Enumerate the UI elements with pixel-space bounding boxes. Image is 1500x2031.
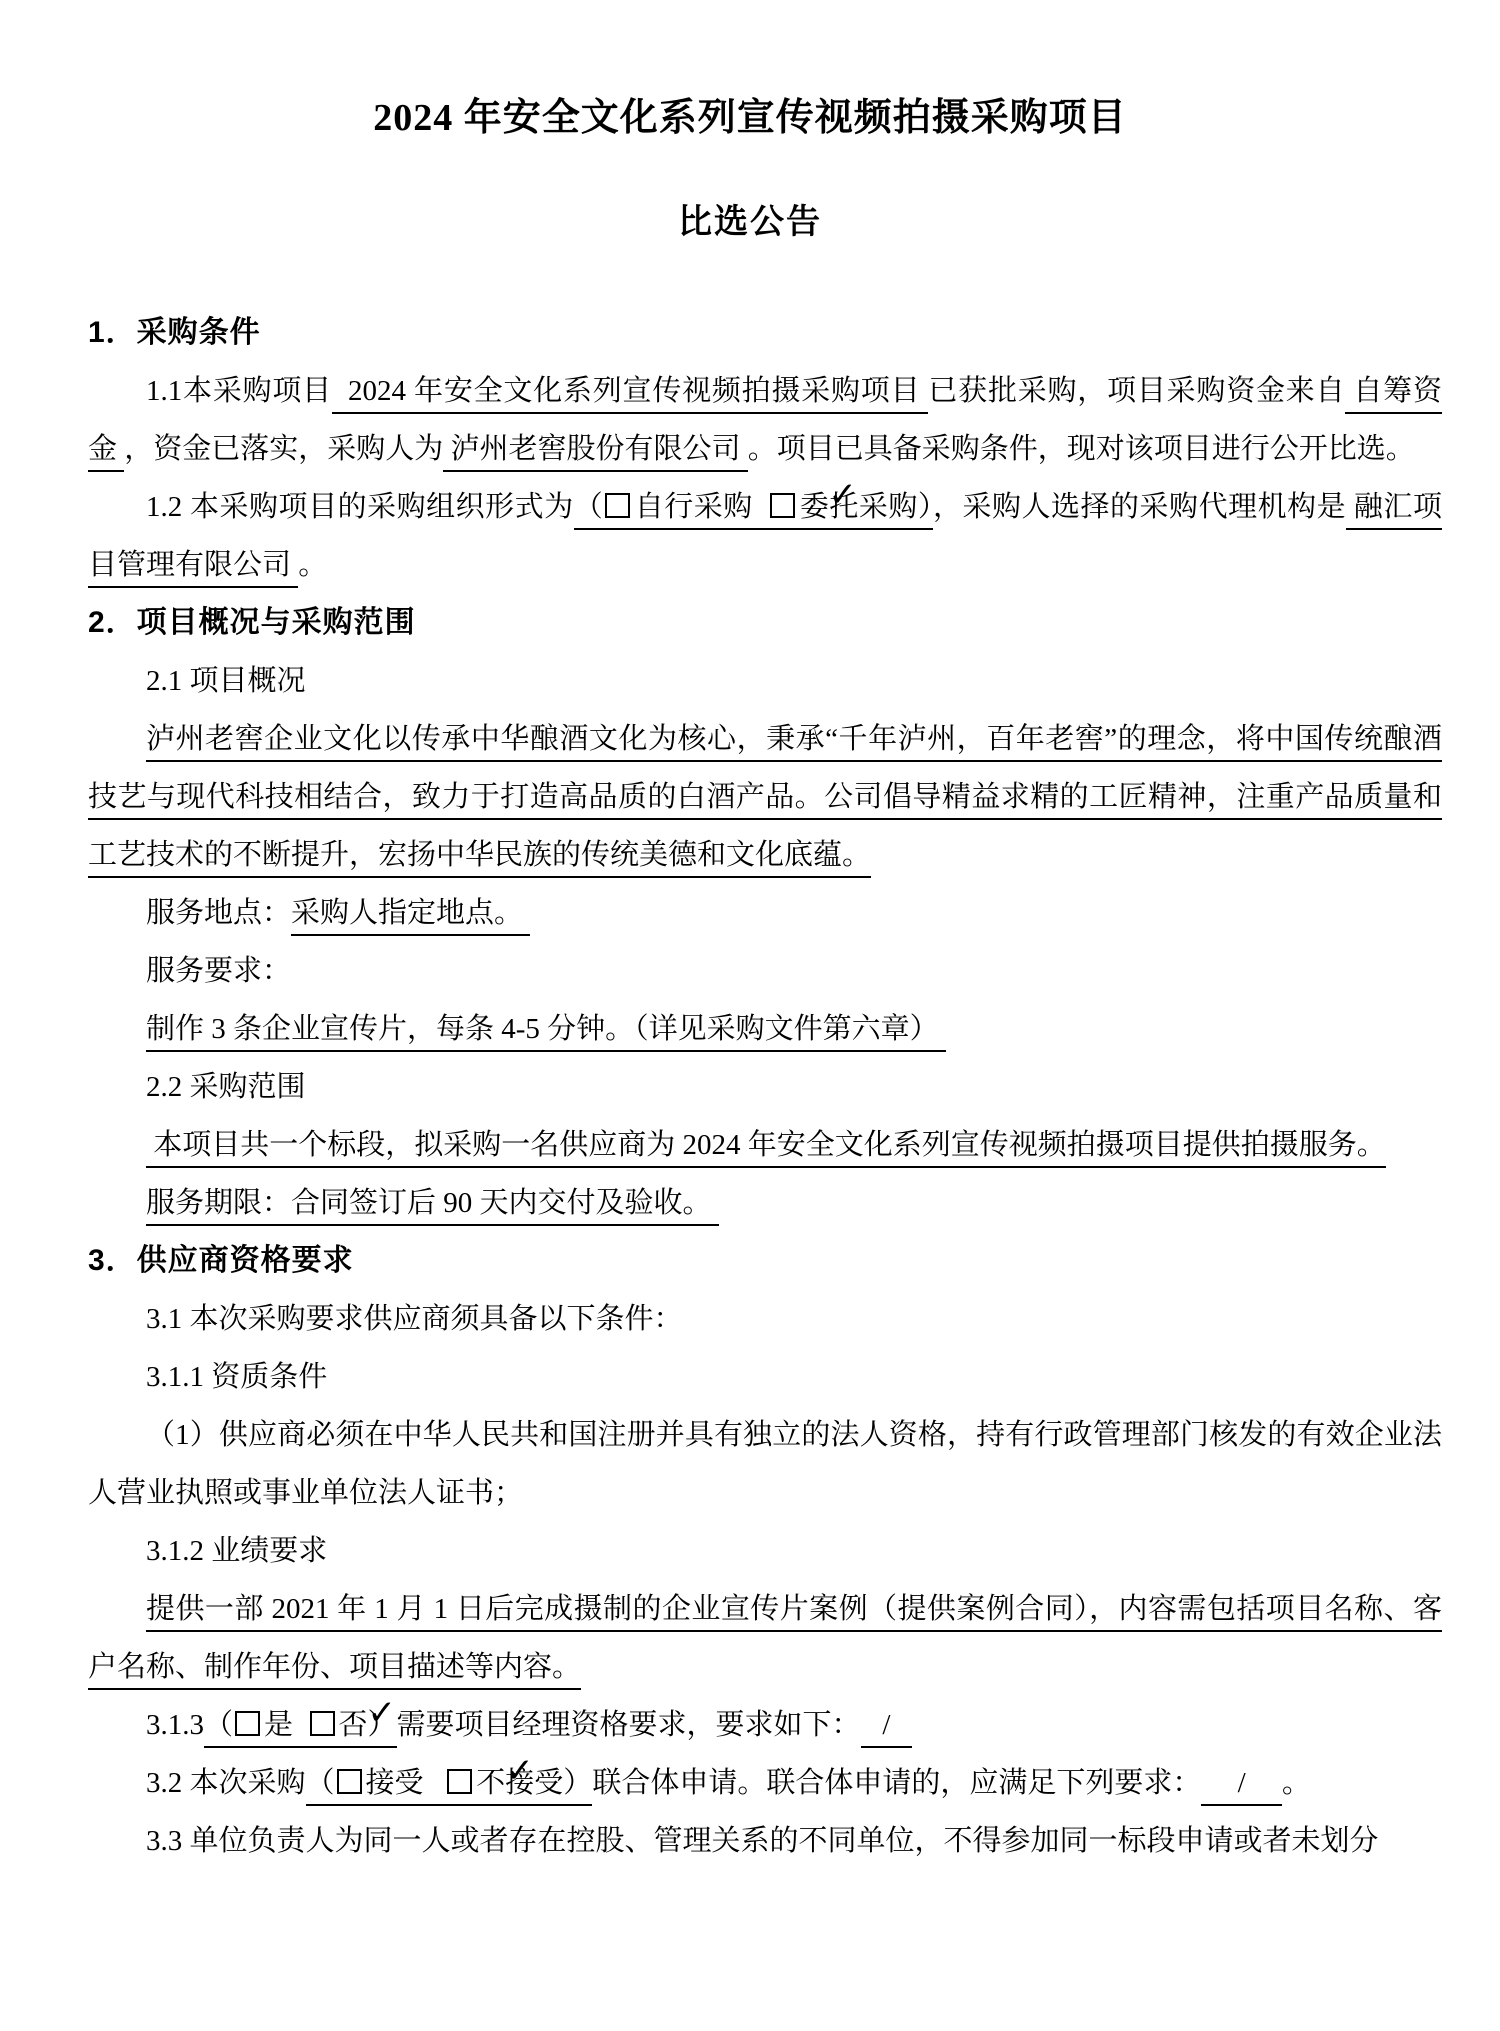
checkbox-run: ✓ bbox=[445, 1767, 476, 1806]
underlined-text-run: 接受 bbox=[366, 1767, 446, 1806]
document-body: 1．采购条件1.1本采购项目 2024 年安全文化系列宣传视频拍摄采购项目 已获… bbox=[88, 304, 1442, 1870]
check-icon: ✓ bbox=[310, 1696, 397, 1730]
underlined-text-run: 制作 3 条企业宣传片，每条 4-5 分钟。（详见采购文件第六章） bbox=[146, 1013, 946, 1052]
section-heading: 2．项目概况与采购范围 bbox=[88, 594, 1442, 652]
check-icon: ✓ bbox=[770, 478, 857, 512]
text-run: 2.2 采购范围 bbox=[146, 1071, 306, 1103]
paragraph: 制作 3 条企业宣传片，每条 4-5 分钟。（详见采购文件第六章） bbox=[88, 1000, 1442, 1058]
underlined-text-run: 泸州老窖股份有限公司 bbox=[443, 433, 748, 472]
underlined-text-run: 自行采购 bbox=[634, 491, 768, 530]
paragraph: 3.2 本次采购（接受 ✓不接受）联合体申请。联合体申请的，应满足下列要求： /… bbox=[88, 1754, 1442, 1812]
paragraph: 本项目共一个标段，拟采购一名供应商为 2024 年安全文化系列宣传视频拍摄项目提… bbox=[88, 1116, 1442, 1174]
underlined-text-run: 是 bbox=[264, 1709, 308, 1748]
text-run: 2.1 项目概况 bbox=[146, 665, 306, 697]
text-run: 3.1.2 业绩要求 bbox=[146, 1535, 327, 1567]
check-icon: ✓ bbox=[447, 1754, 534, 1788]
text-run: 1．采购条件 bbox=[88, 316, 261, 349]
underlined-text-run: 泸州老窖企业文化以传承中华酿酒文化为核心，秉承“千年泸州，百年老窖”的理念，将中… bbox=[88, 723, 1442, 878]
paragraph: 服务地点：采购人指定地点。 bbox=[88, 884, 1442, 942]
text-run: 。 bbox=[1282, 1767, 1311, 1799]
paragraph: 3.1.2 业绩要求 bbox=[88, 1522, 1442, 1580]
underlined-text-run: / bbox=[861, 1709, 913, 1748]
document-subtitle: 比选公告 bbox=[0, 200, 1500, 246]
checkbox-run bbox=[233, 1709, 264, 1748]
paragraph: 服务要求： bbox=[88, 942, 1442, 1000]
paragraph: 服务期限：合同签订后 90 天内交付及验收。 bbox=[88, 1174, 1442, 1232]
paragraph: 泸州老窖企业文化以传承中华酿酒文化为核心，秉承“千年泸州，百年老窖”的理念，将中… bbox=[88, 710, 1442, 884]
text-run: 1.1本采购项目 bbox=[146, 375, 332, 407]
underlined-text-run: 2024 年安全文化系列宣传视频拍摄采购项目 bbox=[332, 375, 928, 414]
text-run: ，采购人选择的采购代理机构是 bbox=[933, 491, 1346, 523]
paragraph: 2.2 采购范围 bbox=[88, 1058, 1442, 1116]
document-title: 2024 年安全文化系列宣传视频拍摄采购项目 bbox=[0, 0, 1500, 144]
paragraph: 2.1 项目概况 bbox=[88, 652, 1442, 710]
underlined-text-run: 提供一部 2021 年 1 月 1 日后完成摄制的企业宣传片案例（提供案例合同）… bbox=[88, 1593, 1442, 1690]
text-run: ，资金已落实，采购人为 bbox=[124, 433, 443, 465]
unchecked-checkbox-icon bbox=[337, 1769, 362, 1794]
paragraph: 3.3 单位负责人为同一人或者存在控股、管理关系的不同单位，不得参加同一标段申请… bbox=[88, 1812, 1442, 1870]
text-run: 3.1 本次采购要求供应商须具备以下条件： bbox=[146, 1303, 683, 1335]
paragraph: 1.2 本采购项目的采购组织形式为（自行采购 ✓委托采购），采购人选择的采购代理… bbox=[88, 478, 1442, 594]
underlined-text-run: 服务期限：合同签订后 90 天内交付及验收。 bbox=[146, 1187, 719, 1226]
section-heading: 1．采购条件 bbox=[88, 304, 1442, 362]
checked-checkbox-icon: ✓ bbox=[447, 1769, 472, 1794]
document-page: 2024 年安全文化系列宣传视频拍摄采购项目 比选公告 1．采购条件1.1本采购… bbox=[0, 0, 1500, 2031]
checkbox-run: ✓ bbox=[308, 1709, 339, 1748]
checkbox-run bbox=[603, 491, 634, 530]
paragraph: （1）供应商必须在中华人民共和国注册并具有独立的法人资格，持有行政管理部门核发的… bbox=[88, 1406, 1442, 1522]
underlined-text-run: （ bbox=[306, 1767, 335, 1806]
paragraph: 3.1.3（是 ✓否）需要项目经理资格要求，要求如下： / bbox=[88, 1696, 1442, 1754]
checkbox-run: ✓ bbox=[768, 491, 799, 530]
underlined-text-run: （ bbox=[574, 491, 604, 530]
paragraph: 1.1本采购项目 2024 年安全文化系列宣传视频拍摄采购项目 已获批采购，项目… bbox=[88, 362, 1442, 478]
underlined-text-run: （ bbox=[204, 1709, 233, 1748]
text-run: 2．项目概况与采购范围 bbox=[88, 606, 416, 639]
checked-checkbox-icon: ✓ bbox=[770, 493, 795, 518]
paragraph: 3.1 本次采购要求供应商须具备以下条件： bbox=[88, 1290, 1442, 1348]
text-run: 3.3 单位负责人为同一人或者存在控股、管理关系的不同单位，不得参加同一标段申请… bbox=[146, 1825, 1379, 1857]
text-run: 3.1.3 bbox=[146, 1709, 204, 1741]
text-run: 3.1.1 资质条件 bbox=[146, 1361, 327, 1393]
text-run: 。 bbox=[298, 549, 327, 581]
text-run: 需要项目经理资格要求，要求如下： bbox=[397, 1709, 861, 1741]
checkbox-run bbox=[335, 1767, 366, 1806]
underlined-text-run: 本项目共一个标段，拟采购一名供应商为 2024 年安全文化系列宣传视频拍摄项目提… bbox=[146, 1129, 1386, 1168]
text-run: 联合体申请。联合体申请的，应满足下列要求： bbox=[592, 1767, 1201, 1799]
text-run: 已获批采购，项目采购资金来自 bbox=[928, 375, 1345, 407]
text-run: 服务要求： bbox=[146, 955, 291, 987]
checked-checkbox-icon: ✓ bbox=[310, 1711, 335, 1736]
unchecked-checkbox-icon bbox=[235, 1711, 260, 1736]
text-run: 1.2 本采购项目的采购组织形式为 bbox=[146, 491, 574, 523]
text-run: 3.2 本次采购 bbox=[146, 1767, 306, 1799]
section-heading: 3．供应商资格要求 bbox=[88, 1232, 1442, 1290]
text-run: （1）供应商必须在中华人民共和国注册并具有独立的法人资格，持有行政管理部门核发的… bbox=[88, 1419, 1442, 1509]
underlined-text-run: 采购人指定地点。 bbox=[291, 897, 530, 936]
text-run: 。项目已具备采购条件，现对该项目进行公开比选。 bbox=[748, 433, 1415, 465]
underlined-text-run: / bbox=[1201, 1767, 1282, 1806]
paragraph: 提供一部 2021 年 1 月 1 日后完成摄制的企业宣传片案例（提供案例合同）… bbox=[88, 1580, 1442, 1696]
unchecked-checkbox-icon bbox=[605, 493, 630, 518]
text-run: 服务地点： bbox=[146, 897, 291, 929]
text-run: 3．供应商资格要求 bbox=[88, 1244, 354, 1277]
paragraph: 3.1.1 资质条件 bbox=[88, 1348, 1442, 1406]
